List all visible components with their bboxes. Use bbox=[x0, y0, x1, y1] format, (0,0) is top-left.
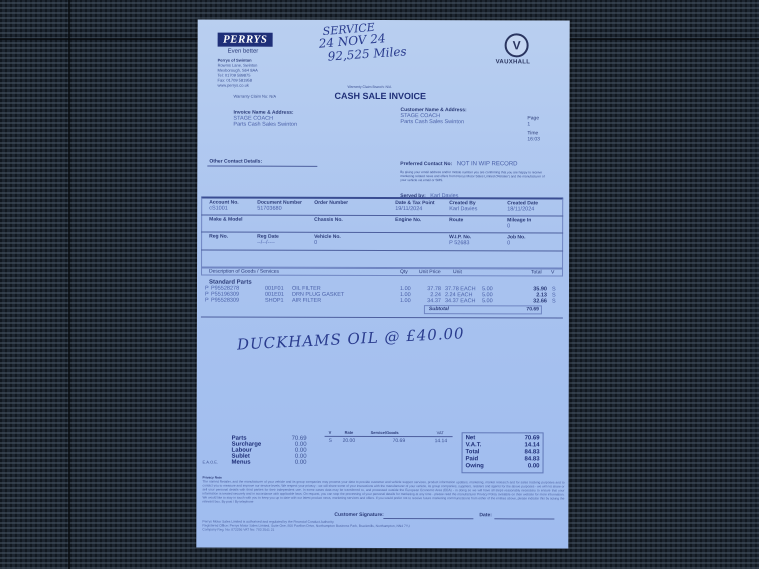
cell-label: Chassis No. bbox=[314, 217, 343, 223]
time-value: 16:03 bbox=[527, 136, 540, 142]
cell-label: Route bbox=[449, 217, 463, 223]
details-row-1: Account No.cS1001 Document Number5170368… bbox=[209, 200, 559, 215]
line-item: P P95528309 SHOP1 AIR FILTER 1.00 34.37 … bbox=[205, 298, 561, 305]
chassis-no-cell: Chassis No. bbox=[314, 217, 343, 223]
date-label: Date: bbox=[479, 512, 492, 518]
col-description: Description of Goods / Services bbox=[209, 269, 279, 275]
totals-label: Paid bbox=[466, 456, 479, 463]
item-description: AIR FILTER bbox=[292, 298, 321, 304]
col-total: Total bbox=[531, 269, 542, 275]
vat-row-rate: 20.00 bbox=[343, 438, 356, 444]
cell-value: cS1001 bbox=[209, 206, 238, 212]
footer: Perrys Motor Sales Limited is authorised… bbox=[202, 520, 564, 533]
item-unit-price: 34.37 bbox=[423, 298, 441, 304]
preferred-contact-value: NOT IN WIP RECORD bbox=[457, 161, 518, 167]
cell-value: 18/11/2024 bbox=[507, 206, 538, 212]
summary-label: Menus bbox=[232, 460, 251, 466]
cell-value: 19/11/2024 bbox=[395, 206, 434, 212]
footer-line: Company Reg. No: 872256 VAT No: 783 2541… bbox=[202, 528, 564, 533]
engine-no-cell: Engine No. bbox=[395, 217, 421, 223]
make-model-cell: Make & Model bbox=[209, 217, 242, 223]
item-unit: 34.37 EACH bbox=[445, 298, 476, 304]
dealer-address: Perrys of Swinton Rowms Lane, Swinton Me… bbox=[218, 58, 278, 88]
totals-label: Total bbox=[466, 449, 480, 456]
perrys-logo: PERRYS bbox=[218, 33, 273, 47]
col-vat: V bbox=[551, 269, 554, 275]
vat-col-v: V bbox=[329, 430, 332, 435]
address-line: www.perrys.co.uk bbox=[218, 83, 278, 88]
job-no-cell: Job No.0 bbox=[507, 234, 525, 246]
totals-value: 84.83 bbox=[525, 449, 540, 456]
vat-row-goods: 70.69 bbox=[393, 438, 406, 444]
item-discount: 5.00 bbox=[482, 298, 493, 304]
handwritten-oil-note: DUCKHAMS OIL @ £40.00 bbox=[237, 324, 465, 353]
preferred-contact-block: Preferred Contact No: NOT IN WIP RECORD … bbox=[400, 152, 550, 202]
totals-label: Net bbox=[466, 435, 476, 442]
date-line bbox=[494, 518, 554, 519]
branch-line: Warranty Claim Branch: N/A bbox=[348, 85, 392, 89]
cell-value: 0 bbox=[507, 223, 531, 229]
cell-label: Engine No. bbox=[395, 217, 421, 223]
vat-col-rate: Rate bbox=[345, 430, 354, 435]
cell-label: Vehicle No. bbox=[314, 234, 341, 240]
vehicle-no-cell: Vehicle No.0 bbox=[314, 234, 341, 246]
summary-value: 0.00 bbox=[289, 460, 307, 466]
invoice-name-block: Invoice Name & Address: STAGE COACH Part… bbox=[233, 110, 297, 128]
privacy-text: The named Retailer, and the manufacturer… bbox=[202, 480, 564, 505]
vat-row-v: S bbox=[329, 438, 332, 444]
subtotal-label: Subtotal bbox=[429, 306, 449, 312]
route-cell: Route bbox=[449, 217, 463, 223]
vauxhall-griffin-icon: V bbox=[505, 33, 529, 57]
item-total: 32.66 bbox=[527, 298, 547, 304]
page-time-block: Page 1 Time 16:03 bbox=[527, 115, 540, 142]
mileage-in-cell: Mileage In0 bbox=[507, 217, 531, 229]
item-code: SHOP1 bbox=[265, 298, 284, 304]
privacy-note: Privacy Note The named Retailer, and the… bbox=[202, 476, 564, 505]
cell-value: 0 bbox=[507, 240, 525, 246]
items-list: P P95528278 001F01 OIL FILTER 1.00 37.78… bbox=[205, 286, 561, 305]
dealer-tagline: Even better bbox=[228, 49, 259, 55]
cell-value: --/--/---- bbox=[257, 240, 279, 246]
seat-seam-vertical bbox=[68, 0, 70, 569]
invoice-address: Parts Cash Sales Swinton bbox=[233, 122, 297, 128]
subtotal-value: 70.69 bbox=[517, 306, 539, 312]
totals-label: V.A.T. bbox=[466, 442, 482, 449]
consent-text: By giving your email address and/or mobi… bbox=[400, 170, 550, 182]
totals-label: Owing bbox=[466, 463, 484, 470]
cell-value: 51703680 bbox=[257, 206, 302, 212]
warranty-claim-label: Warranty Claim No: bbox=[233, 94, 268, 99]
items-bottom-rule bbox=[201, 317, 563, 319]
item-flag: P bbox=[205, 298, 209, 304]
document-title: CASH SALE INVOICE bbox=[334, 91, 426, 101]
preferred-contact-label: Preferred Contact No: bbox=[400, 161, 452, 167]
page-value: 1 bbox=[527, 121, 540, 127]
document-number-cell: Document Number51703680 bbox=[257, 200, 302, 212]
customer-address: Parts Cash Sales Swinton bbox=[400, 119, 466, 125]
vat-table-row: S 20.00 70.69 14.14 bbox=[325, 438, 453, 445]
order-number-cell: Order Number bbox=[314, 200, 348, 206]
col-unit-price: Unit Price bbox=[419, 269, 441, 275]
account-no-cell: Account No.cS1001 bbox=[209, 200, 238, 212]
vat-table: V Rate Service/Goods VAT S 20.00 70.69 1… bbox=[325, 430, 453, 445]
totals-value: 0.00 bbox=[528, 463, 540, 470]
details-row-3: Reg No. Reg Date--/--/---- Vehicle No.0 … bbox=[209, 234, 559, 249]
cell-label: Make & Model bbox=[209, 217, 242, 223]
summary-line: Menus0.00 bbox=[232, 460, 307, 466]
other-contact-label: Other Contact Details: bbox=[209, 159, 262, 165]
invoice-paper: PERRYS Even better Perrys of Swinton Row… bbox=[196, 20, 569, 549]
reg-no-cell: Reg No. bbox=[209, 234, 228, 240]
totals-box: Net70.69 V.A.T.14.14 Total84.83 Paid84.8… bbox=[462, 432, 544, 473]
totals-row-owing: Owing0.00 bbox=[466, 463, 540, 470]
created-date-cell: Created Date18/11/2024 bbox=[507, 200, 538, 212]
item-vat-code: S bbox=[552, 298, 556, 304]
cell-value: P 52683 bbox=[449, 240, 471, 246]
customer-name-block: Customer Name & Address: STAGE COACH Par… bbox=[400, 107, 466, 125]
wip-no-cell: W.I.P. No.P 52683 bbox=[449, 234, 471, 246]
eaoe-mark: E.A.O.E. bbox=[203, 460, 219, 465]
cell-label: Reg No. bbox=[209, 234, 228, 240]
vat-col-vat: VAT bbox=[437, 430, 444, 435]
warranty-claim-value: N/A bbox=[269, 94, 276, 99]
created-by-cell: Created ByKarl Davies bbox=[449, 200, 477, 212]
vat-col-goods: Service/Goods bbox=[371, 430, 399, 435]
item-part-no: P95528309 bbox=[211, 298, 239, 304]
vat-row-vat: 14.14 bbox=[435, 438, 448, 444]
cell-label: Mileage In bbox=[507, 217, 531, 223]
cell-label: Order Number bbox=[314, 200, 348, 206]
reg-date-cell: Reg Date--/--/---- bbox=[257, 234, 279, 246]
totals-value: 14.14 bbox=[525, 442, 540, 449]
cell-value: Karl Davies bbox=[449, 206, 477, 212]
col-unit: Unit bbox=[453, 269, 462, 275]
cell-value: 0 bbox=[314, 240, 341, 246]
date-tax-point-cell: Date & Tax Point19/11/2024 bbox=[395, 200, 434, 212]
item-qty: 1.00 bbox=[400, 298, 411, 304]
vauxhall-wordmark: VAUXHALL bbox=[496, 59, 531, 65]
warranty-claim: Warranty Claim No: N/A bbox=[233, 94, 276, 99]
totals-value: 84.83 bbox=[525, 456, 540, 463]
other-contact-underline bbox=[207, 166, 317, 167]
summary-lines: Parts70.69 Surcharge0.00 Labour0.00 Subl… bbox=[232, 436, 307, 466]
col-qty: Qty bbox=[400, 269, 408, 275]
totals-value: 70.69 bbox=[525, 435, 540, 442]
customer-signature-label: Customer Signature: bbox=[334, 512, 383, 518]
details-row-2: Make & Model Chassis No. Engine No. Rout… bbox=[209, 217, 559, 232]
